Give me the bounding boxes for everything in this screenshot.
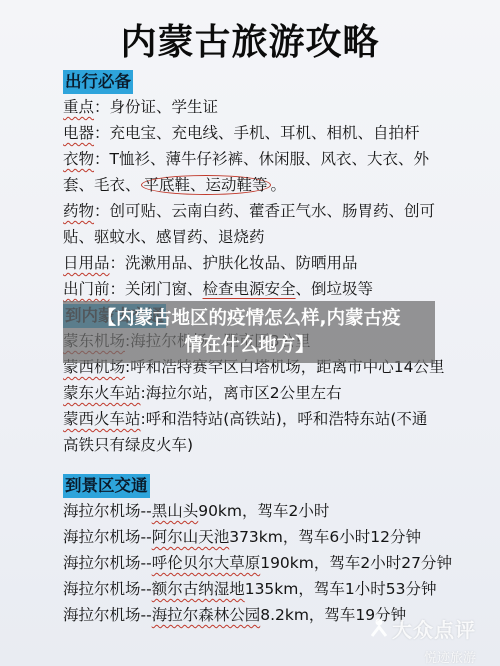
watermark-brand-text: 大众点评 (392, 618, 476, 642)
item-value: 贴、驱蚊水、感冒药、退烧药 (63, 228, 265, 246)
list-item: 出门前：关闭门窗、检查电源安全、倒垃圾等 (63, 276, 480, 302)
item-value: 高铁只有绿皮火车) (63, 436, 193, 454)
item-value: ：充电宝、充电线、手机、耳机、相机、自拍杆 (94, 124, 420, 142)
list-item: 衣物：T恤衫、薄牛仔衫裤、休闲服、风衣、大衣、外 (63, 146, 480, 172)
item-value: ：关闭门窗、 (110, 280, 203, 298)
route-destination: 阿尔山天池 (152, 528, 230, 546)
circled-annotation: 平底鞋、运动鞋等 (141, 175, 271, 195)
item-key: 电器 (63, 124, 94, 142)
list-item: 药物：创可贴、云南白药、藿香正气水、肠胃药、创可 (63, 198, 480, 224)
item-value: ：洗漱用品、护肤化妆品、防晒用品 (110, 254, 358, 272)
item-key: 蒙东火车站 (63, 384, 141, 402)
person-icon (369, 617, 389, 642)
item-value: 套、毛衣、 (63, 176, 141, 194)
headline-banner[interactable]: 【内蒙古地区的疫情怎么样,内蒙古疫 情在什么地方】 (63, 301, 435, 363)
scenic-section: 到景区交通 海拉尔机场--黑山头90km，驾车2小时 海拉尔机场--阿尔山天池3… (63, 474, 480, 628)
item-value: 、倒垃圾等 (296, 280, 374, 298)
banner-line-2: 情在什么地方】 (63, 332, 435, 359)
list-item: 日用品：洗漱用品、护肤化妆品、防晒用品 (63, 250, 480, 276)
route-from: 海拉尔机场-- (63, 554, 152, 572)
route-detail: 190km，驾车2小时27分钟 (260, 554, 452, 572)
item-key: 衣物 (63, 150, 94, 168)
watermark-brand: 大众点评 (369, 614, 476, 643)
item-value: :呼和浩特站(高铁站)，呼和浩特东站(不通 (141, 410, 428, 428)
route-detail: 90km，驾车2小时 (198, 502, 329, 520)
essentials-header: 出行必备 (63, 70, 133, 94)
essentials-section: 出行必备 重点：身份证、学生证 电器：充电宝、充电线、手机、耳机、相机、自拍杆 … (63, 70, 480, 302)
route-destination: 黑山头 (152, 502, 199, 520)
page-title: 内蒙古旅游攻略 (0, 14, 500, 65)
item-value: ：创可贴、云南白药、藿香正气水、肠胃药、创可 (94, 202, 435, 220)
route-item: 海拉尔机场--黑山头90km，驾车2小时 (63, 498, 480, 524)
list-item-continued: 套、毛衣、平底鞋、运动鞋等。 (63, 172, 480, 198)
watermark-sub: 悦迹旅游 (369, 647, 476, 666)
item-value: 。 (271, 176, 287, 194)
route-from: 海拉尔机场-- (63, 606, 152, 624)
route-item: 海拉尔机场--阿尔山天池373km，驾车6小时12分钟 (63, 524, 480, 550)
list-item: 重点：身份证、学生证 (63, 94, 480, 120)
route-from: 海拉尔机场-- (63, 502, 152, 520)
item-value: ：T恤衫、薄牛仔衫裤、休闲服、风衣、大衣、外 (94, 150, 429, 168)
list-item: 电器：充电宝、充电线、手机、耳机、相机、自拍杆 (63, 120, 480, 146)
watermark: 大众点评 悦迹旅游 (369, 614, 476, 666)
list-item-continued: 贴、驱蚊水、感冒药、退烧药 (63, 224, 480, 250)
item-value: :海拉尔站，离市区2公里左右 (141, 384, 342, 402)
item-key: 蒙西火车站 (63, 410, 141, 428)
underlined-annotation: 检查电源安全 (203, 280, 296, 298)
item-key: 日用品 (63, 254, 110, 272)
route-destination: 呼伦贝尔大草原 (152, 554, 261, 572)
item-key: 药物 (63, 202, 94, 220)
scenic-header: 到景区交通 (63, 474, 150, 498)
route-destination: 海拉尔森林公园 (152, 606, 261, 624)
route-detail: 135km，驾车1小时53分钟 (245, 580, 437, 598)
list-item: 蒙西火车站:呼和浩特站(高铁站)，呼和浩特东站(不通 (63, 406, 480, 432)
list-item: 蒙东火车站:海拉尔站，离市区2公里左右 (63, 380, 480, 406)
item-value: ：身份证、学生证 (94, 98, 218, 116)
item-key: 重点 (63, 98, 94, 116)
banner-line-1: 【内蒙古地区的疫情怎么样,内蒙古疫 (63, 305, 435, 332)
route-from: 海拉尔机场-- (63, 580, 152, 598)
item-key: 出门前 (63, 280, 110, 298)
list-item-continued: 高铁只有绿皮火车) (63, 432, 480, 458)
route-item: 海拉尔机场--额尔古纳湿地135km，驾车1小时53分钟 (63, 576, 480, 602)
route-destination: 额尔古纳湿地 (152, 580, 245, 598)
route-detail: 373km，驾车6小时12分钟 (229, 528, 421, 546)
route-from: 海拉尔机场-- (63, 528, 152, 546)
route-item: 海拉尔机场--呼伦贝尔大草原190km，驾车2小时27分钟 (63, 550, 480, 576)
